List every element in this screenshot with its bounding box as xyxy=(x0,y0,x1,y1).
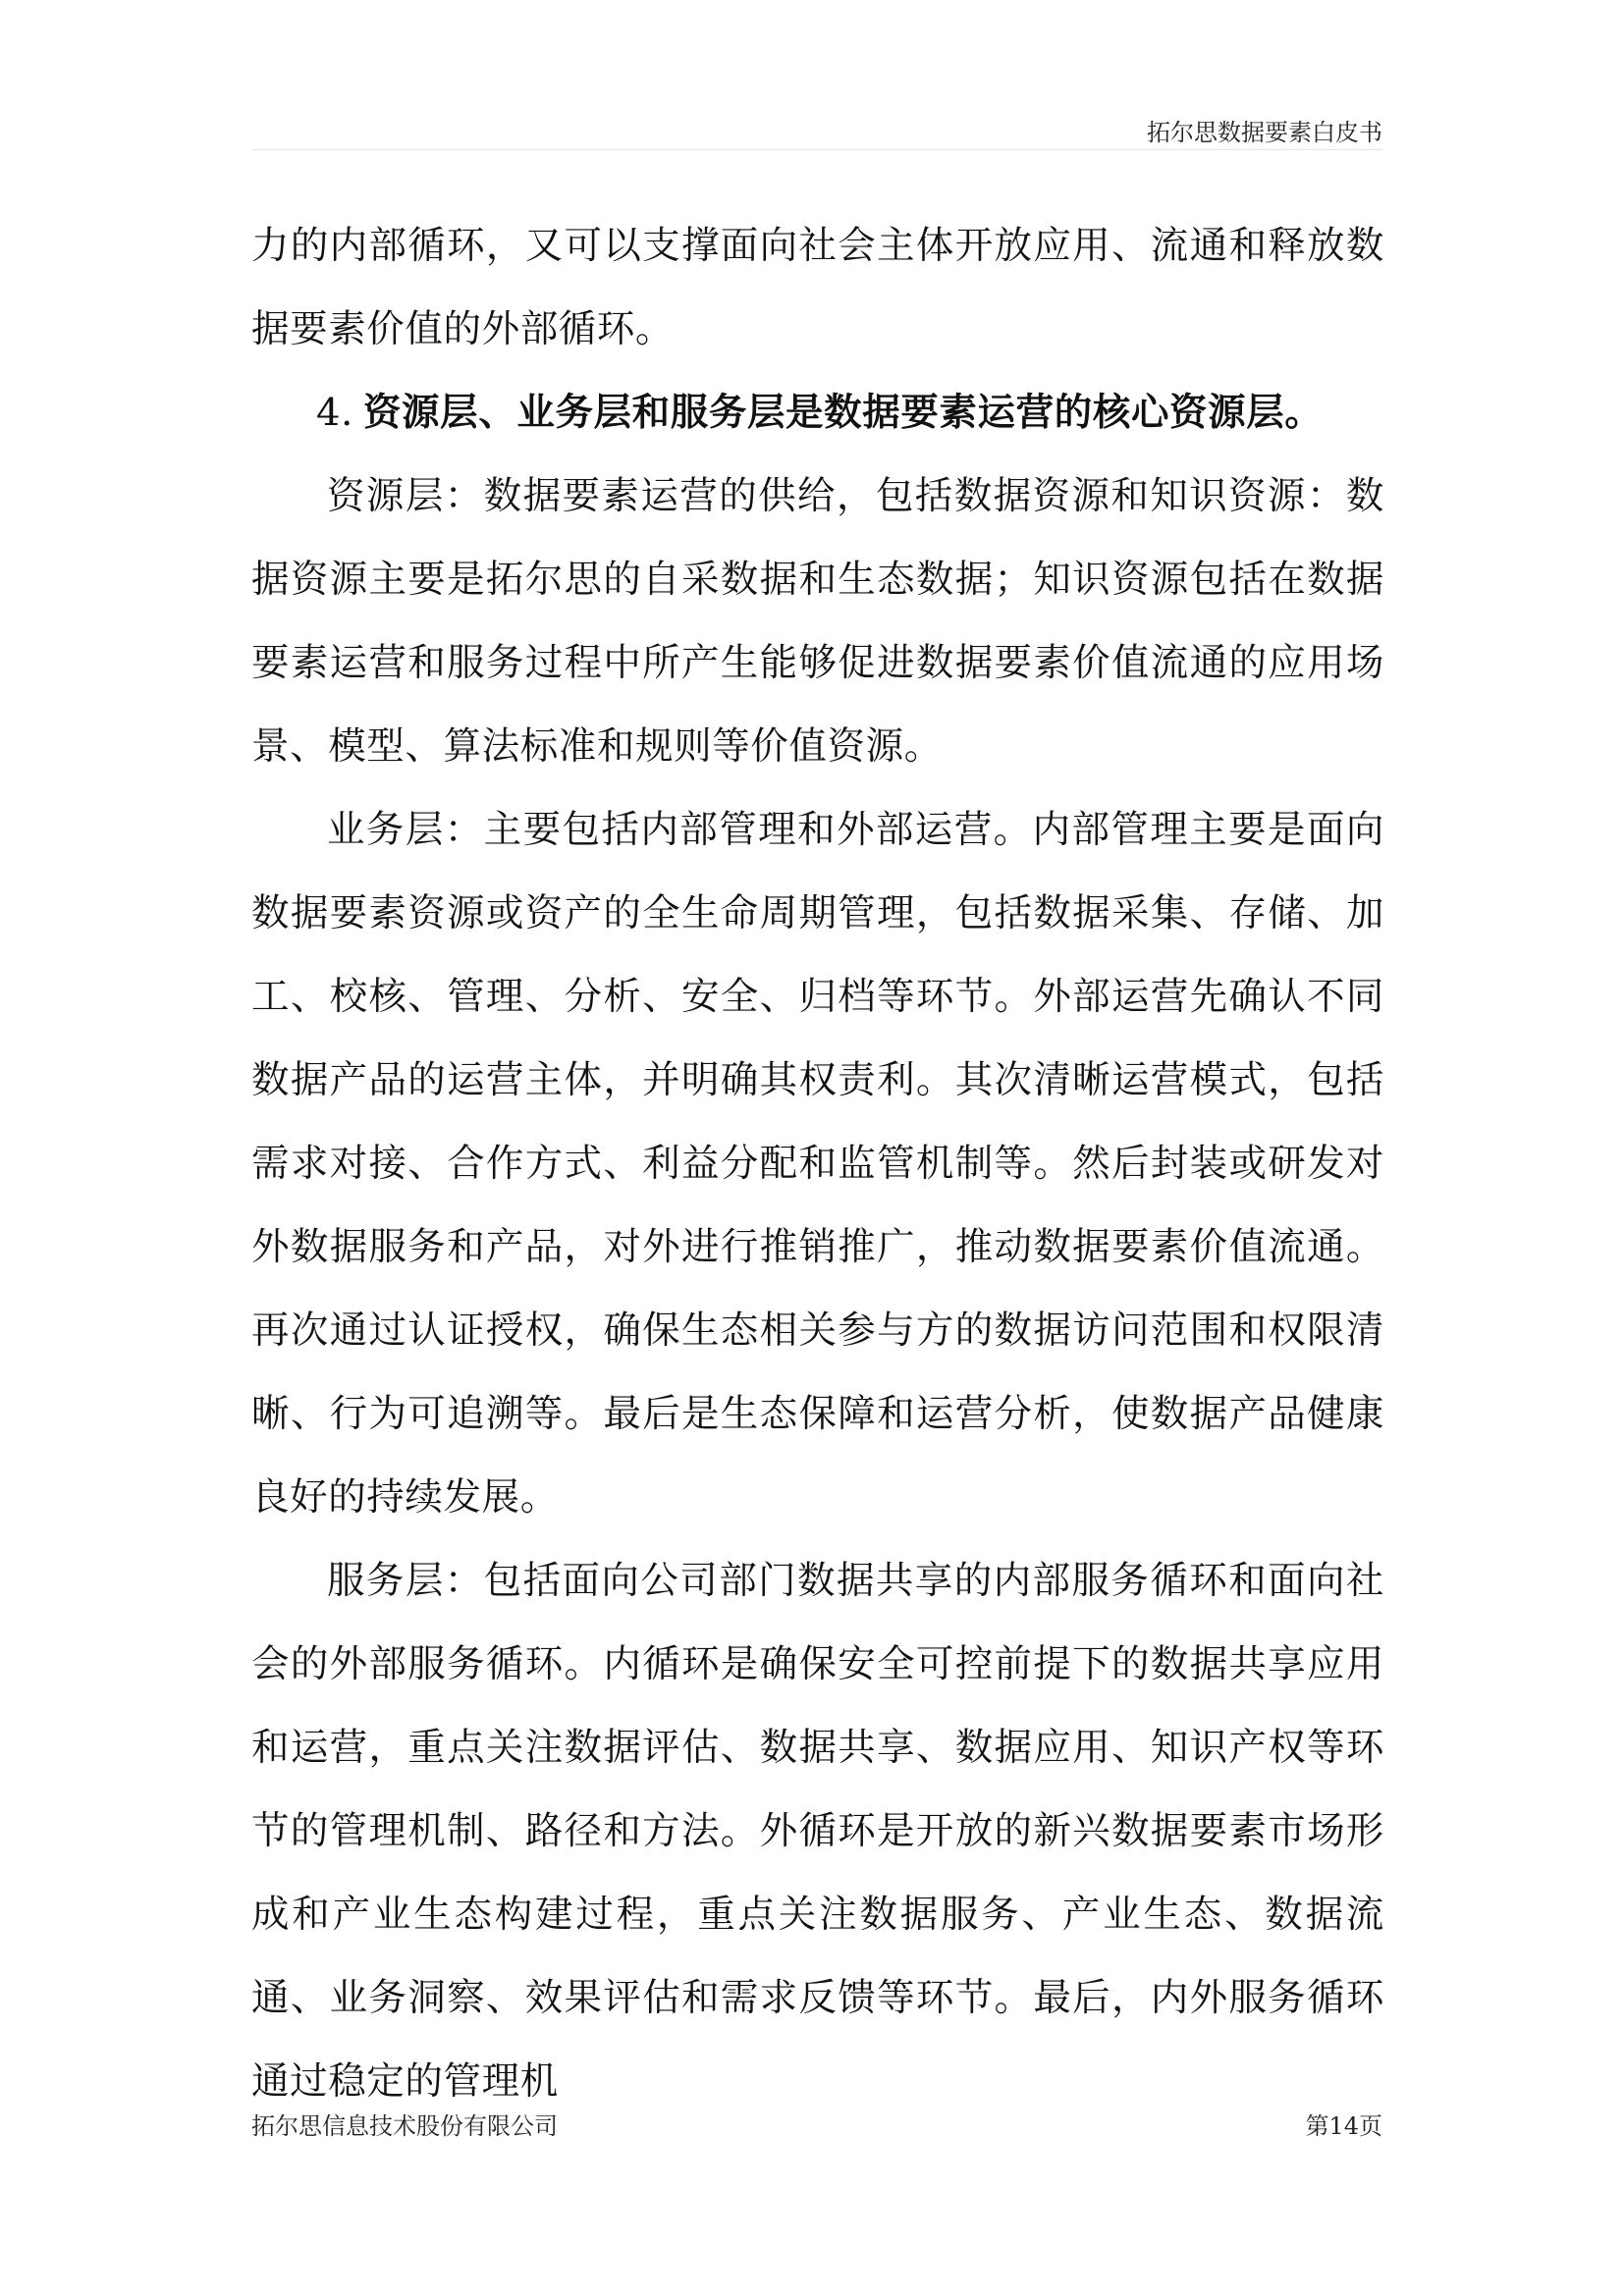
page-footer: 拓尔思信息技术股份有限公司 第14页 xyxy=(251,2109,1382,2144)
heading-number: 4. xyxy=(316,391,353,435)
page-header: 拓尔思数据要素白皮书 xyxy=(251,116,1382,150)
paragraph-service-layer: 服务层：包括面向公司部门数据共享的内部服务循环和面向社会的外部服务循环。内循环是… xyxy=(251,1539,1384,2123)
company-name: 拓尔思信息技术股份有限公司 xyxy=(251,2109,558,2144)
document-title: 拓尔思数据要素白皮书 xyxy=(1147,119,1382,146)
paragraph-resource-layer: 资源层：数据要素运营的供给，包括数据资源和知识资源：数据资源主要是拓尔思的自采数… xyxy=(251,454,1384,788)
section-heading: 4.资源层、业务层和服务层是数据要素运营的核心资源层。 xyxy=(251,371,1384,454)
page-body: 力的内部循环，又可以支撑面向社会主体开放应用、流通和释放数据要素价值的外部循环。… xyxy=(251,204,1384,2123)
page-number: 第14页 xyxy=(1305,2109,1382,2144)
heading-text: 资源层、业务层和服务层是数据要素运营的核心资源层。 xyxy=(363,391,1324,435)
paragraph-business-layer: 业务层：主要包括内部管理和外部运营。内部管理主要是面向数据要素资源或资产的全生命… xyxy=(251,788,1384,1539)
paragraph-continuation: 力的内部循环，又可以支撑面向社会主体开放应用、流通和释放数据要素价值的外部循环。 xyxy=(251,204,1384,371)
